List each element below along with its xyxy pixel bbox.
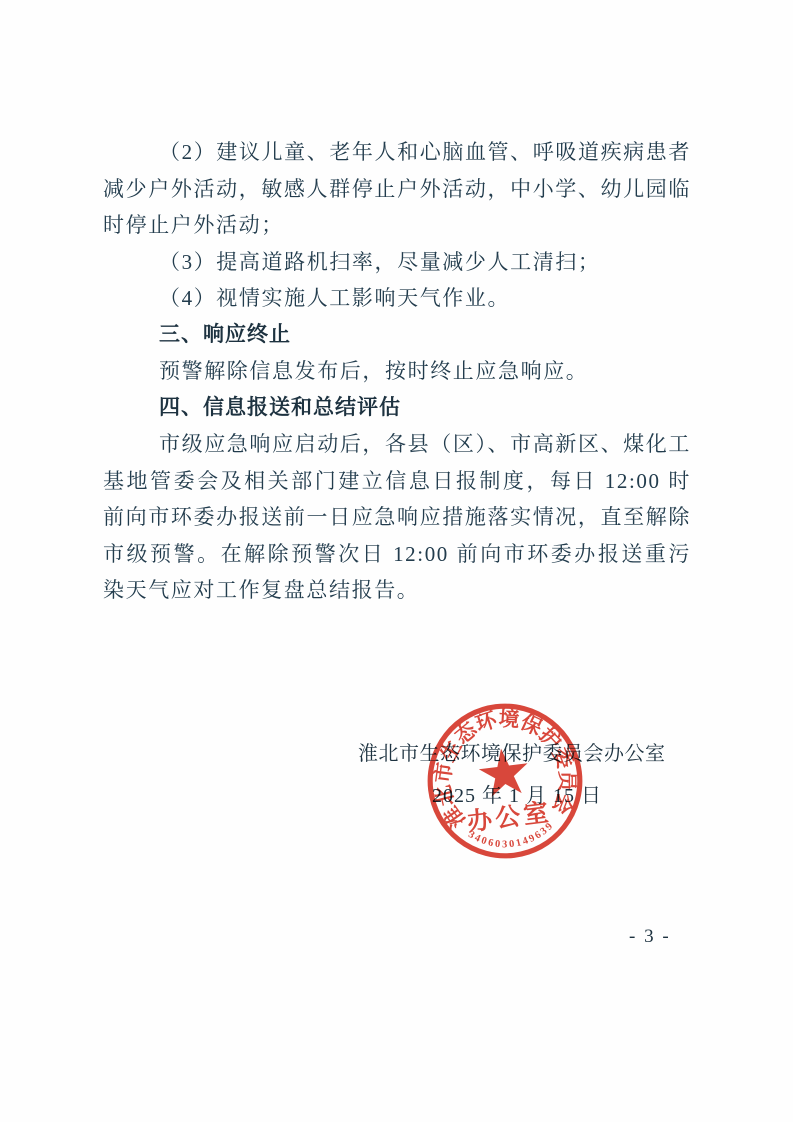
page-number: - 3 -: [629, 926, 671, 948]
heading-response-termination: 三、响应终止: [103, 317, 691, 354]
official-seal: 淮北市生态环境保护委员会 办公室 3406030149639: [419, 695, 591, 867]
heading-info-reporting: 四、信息报送和总结评估: [103, 390, 691, 427]
document-body: （2）建议儿童、老年人和心脑血管、呼吸道疾病患者减少户外活动，敏感人群停止户外活…: [103, 134, 691, 609]
para-weather-modification: （4）视情实施人工影响天气作业。: [103, 280, 691, 317]
para-response-termination: 预警解除信息发布后，按时终止应急响应。: [103, 353, 691, 390]
document-page: （2）建议儿童、老年人和心脑血管、呼吸道疾病患者减少户外活动，敏感人群停止户外活…: [0, 0, 793, 1122]
para-info-reporting: 市级应急响应启动后，各县（区）、市高新区、煤化工基地管委会及相关部门建立信息日报…: [103, 426, 691, 609]
para-advice-children: （2）建议儿童、老年人和心脑血管、呼吸道疾病患者减少户外活动，敏感人群停止户外活…: [103, 134, 691, 244]
para-road-sweeping: （3）提高道路机扫率，尽量减少人工清扫；: [103, 244, 691, 281]
seal-star-icon: [477, 746, 531, 798]
